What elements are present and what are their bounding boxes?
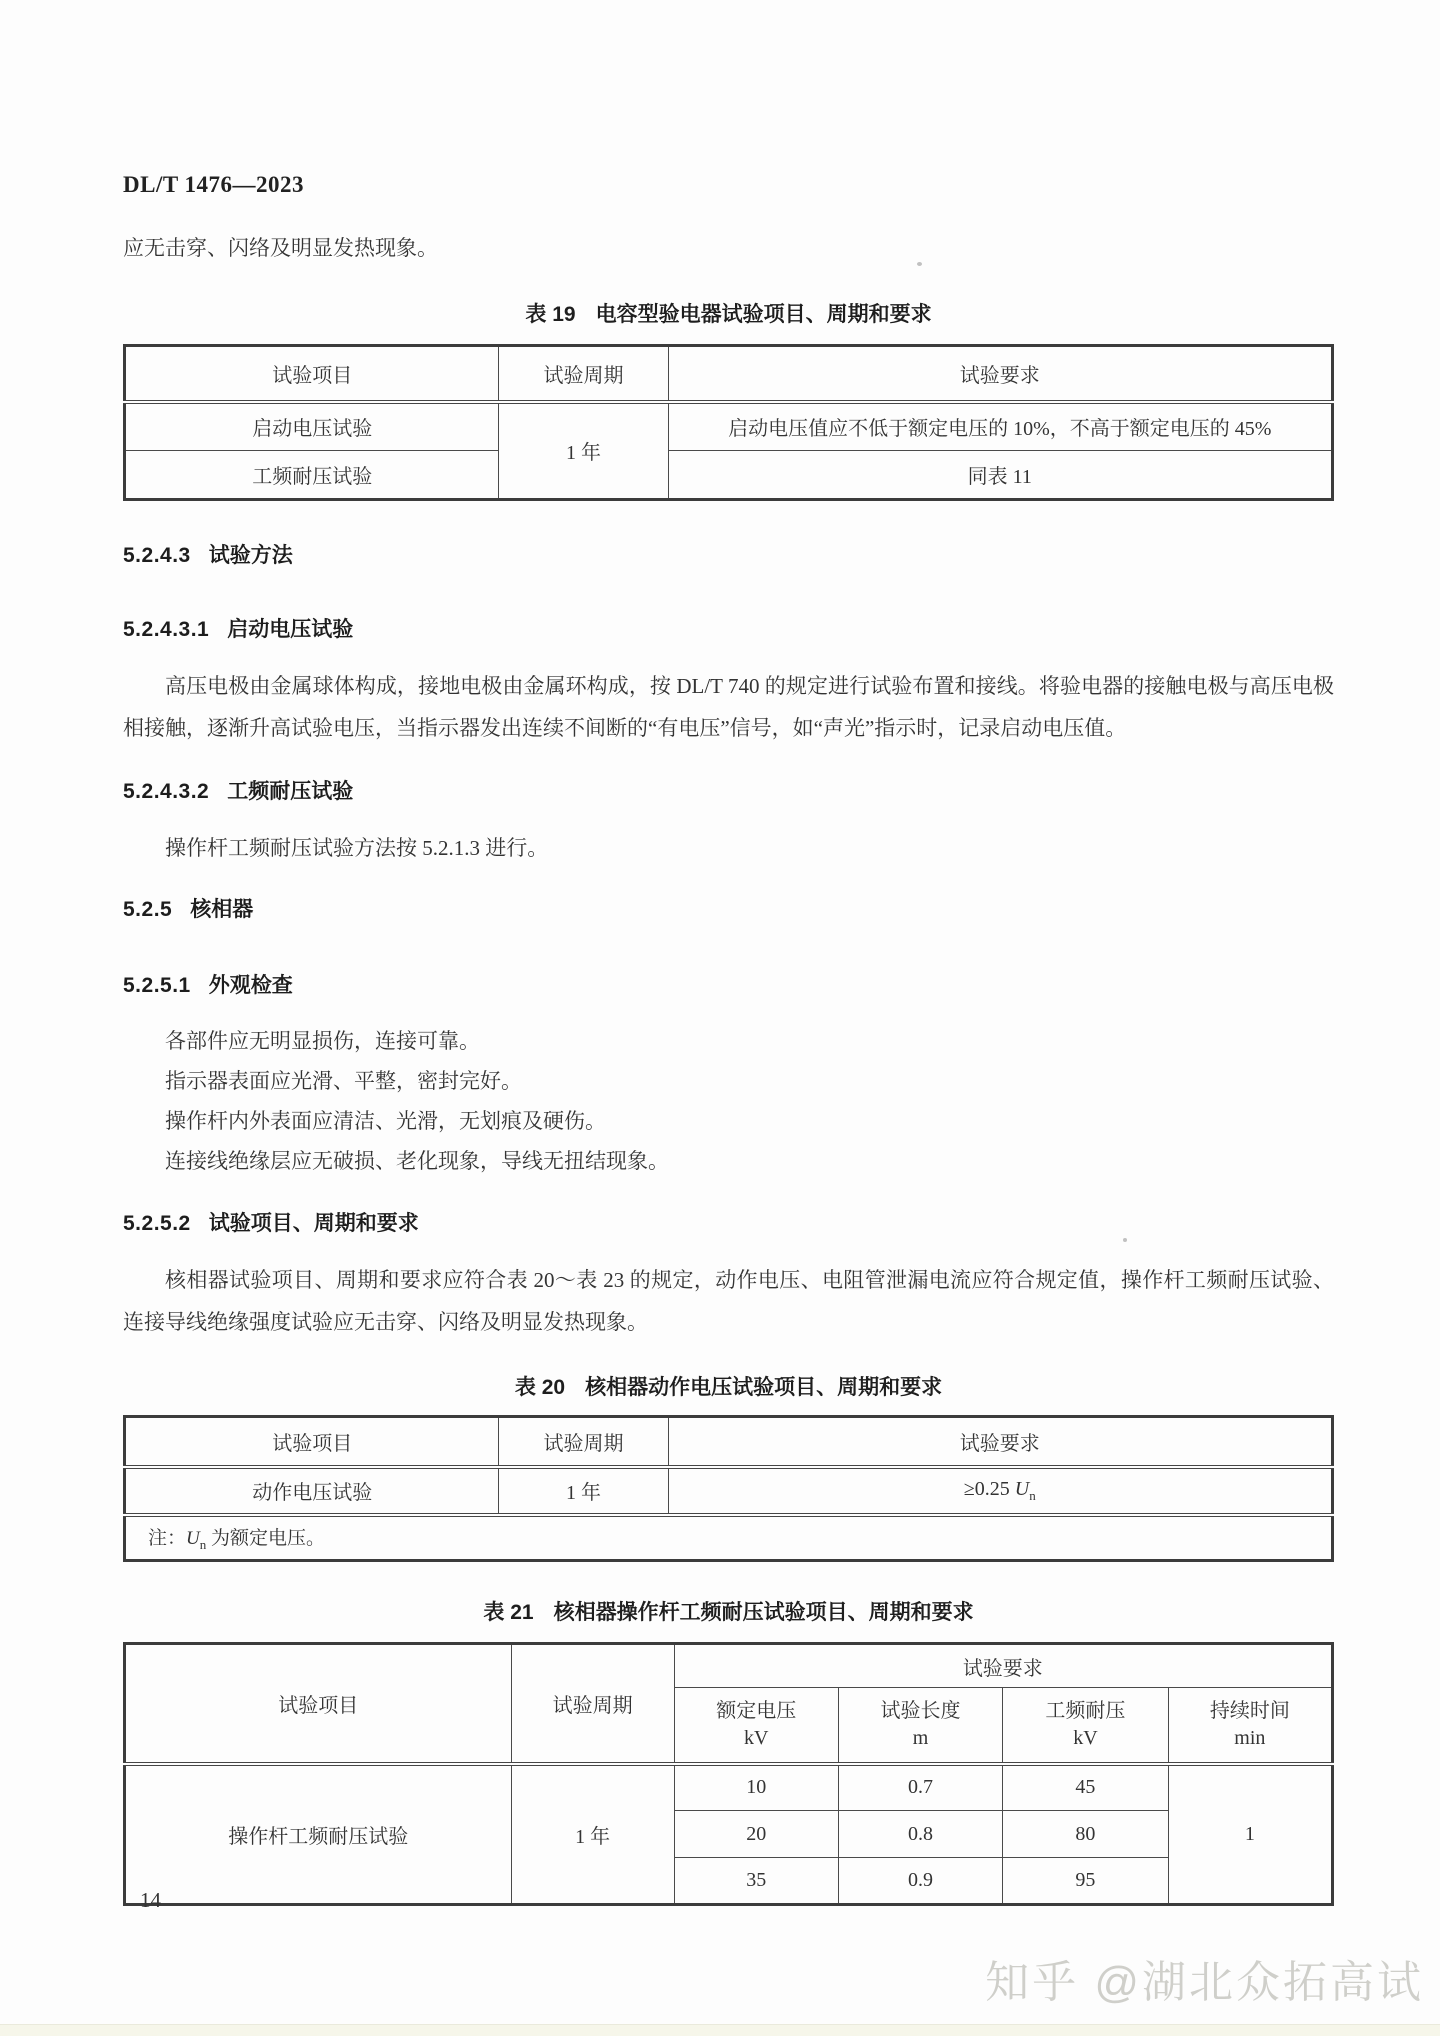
section-525-title: 核相器 (190, 898, 253, 921)
table21-rated-35: 35 (674, 1858, 838, 1905)
table21-subcol-rated-voltage-name: 额定电压 (683, 1698, 830, 1725)
table20-row-action-voltage: 动作电压试验 1 年 ≥0.25 Un (125, 1467, 1333, 1515)
section-52431-title: 启动电压试验 (227, 618, 353, 641)
table21-subcol-duration-unit: min (1177, 1725, 1323, 1752)
section-525: 5.2.5核相器 (123, 893, 1334, 923)
table21-subcol-withstand-voltage-unit: kV (1011, 1725, 1159, 1752)
table21-subcol-withstand-voltage-name: 工频耐压 (1011, 1698, 1159, 1725)
scan-bottom-edge (0, 2024, 1440, 2036)
table21-data-row-1: 操作杆工频耐压试验 1 年 10 0.7 45 1 (125, 1764, 1333, 1811)
table20-req: ≥0.25 Un (668, 1467, 1332, 1515)
table19-req-withstand: 同表 11 (668, 451, 1332, 500)
table20-req-symbol: U (1015, 1478, 1029, 1500)
section-52432: 5.2.4.3.2工频耐压试验 (123, 775, 1334, 805)
table21-subcol-test-length-name: 试验长度 (847, 1698, 994, 1725)
table20: 试验项目 试验周期 试验要求 动作电压试验 1 年 ≥0.25 Un 注：Un … (123, 1415, 1334, 1562)
table21-length-07: 0.7 (838, 1764, 1002, 1811)
table20-item: 动作电压试验 (125, 1467, 499, 1515)
table19-req-startup: 启动电压值应不低于额定电压的 10%，不高于额定电压的 45% (668, 402, 1332, 451)
table21-col-item: 试验项目 (125, 1644, 512, 1764)
table21-rated-20: 20 (674, 1811, 838, 1858)
table21-rated-10: 10 (674, 1764, 838, 1811)
scanned-document-page: DL/T 1476—2023 应无击穿、闪络及明显发热现象。 表 19电容型验电… (0, 0, 1440, 2036)
page-content: DL/T 1476—2023 应无击穿、闪络及明显发热现象。 表 19电容型验电… (0, 0, 1440, 1906)
section-5251-title: 外观检查 (209, 974, 293, 997)
page-number: 14 (140, 1888, 161, 1913)
section-52431-number: 5.2.4.3.1 (123, 618, 209, 641)
table21-subcol-test-length: 试验长度 m (838, 1688, 1002, 1764)
section-5252-title: 试验项目、周期和要求 (209, 1212, 419, 1235)
table20-header-row: 试验项目 试验周期 试验要求 (125, 1417, 1333, 1467)
paragraph-withstand-method: 操作杆工频耐压试验方法按 5.2.1.3 进行。 (123, 827, 1334, 869)
table21-subcol-duration-name: 持续时间 (1177, 1698, 1323, 1725)
table21-length-09: 0.9 (838, 1858, 1002, 1905)
table19-col-item: 试验项目 (125, 346, 499, 402)
section-525-number: 5.2.5 (123, 898, 172, 921)
table21-period: 1 年 (511, 1764, 674, 1905)
section-52431: 5.2.4.3.1启动电压试验 (123, 613, 1334, 643)
paragraph-startup-method: 高压电极由金属球体构成，接地电极由金属环构成，按 DL/T 740 的规定进行试… (123, 665, 1334, 749)
table20-req-value: ≥0.25 (964, 1478, 1015, 1500)
scan-speck (917, 262, 922, 266)
table19-item-withstand: 工频耐压试验 (125, 451, 499, 500)
table19-caption: 表 19电容型验电器试验项目、周期和要求 (123, 298, 1334, 328)
table20-note-symbol: U (186, 1528, 200, 1549)
table19-row-withstand: 工频耐压试验 同表 11 (125, 451, 1333, 500)
table21-subcol-withstand-voltage: 工频耐压 kV (1003, 1688, 1168, 1764)
table20-col-period: 试验周期 (499, 1417, 668, 1467)
check-line-3: 操作杆内外表面应清洁、光滑，无划痕及硬伤。 (123, 1101, 1334, 1141)
table21-withstand-80: 80 (1003, 1811, 1168, 1858)
check-line-4: 连接线绝缘层应无破损、老化现象，导线无扭结现象。 (123, 1141, 1334, 1181)
table20-note: 注：Un 为额定电压。 (125, 1515, 1333, 1561)
table19-header-row: 试验项目 试验周期 试验要求 (125, 346, 1333, 402)
table19-caption-label: 表 19 (525, 303, 575, 326)
table20-note-prefix: 注： (148, 1528, 186, 1549)
table20-caption: 表 20核相器动作电压试验项目、周期和要求 (123, 1371, 1334, 1401)
table21: 试验项目 试验周期 试验要求 额定电压 kV 试验长度 m 工频耐压 (123, 1642, 1334, 1906)
table19: 试验项目 试验周期 试验要求 启动电压试验 1 年 启动电压值应不低于额定电压的… (123, 344, 1334, 501)
table19-col-req: 试验要求 (668, 346, 1332, 402)
section-52432-title: 工频耐压试验 (227, 780, 353, 803)
table21-item: 操作杆工频耐压试验 (125, 1764, 512, 1905)
table20-col-req: 试验要求 (668, 1417, 1332, 1467)
table19-caption-title: 电容型验电器试验项目、周期和要求 (596, 303, 932, 326)
table20-period: 1 年 (499, 1467, 668, 1515)
table21-withstand-95: 95 (1003, 1858, 1168, 1905)
standard-number-header: DL/T 1476—2023 (123, 172, 1334, 198)
check-line-2: 指示器表面应光滑、平整，密封完好。 (123, 1061, 1334, 1101)
section-5252: 5.2.5.2试验项目、周期和要求 (123, 1207, 1334, 1237)
section-5243: 5.2.4.3试验方法 (123, 539, 1334, 569)
table19-col-period: 试验周期 (499, 346, 668, 402)
table19-item-startup: 启动电压试验 (125, 402, 499, 451)
table21-caption-label: 表 21 (483, 1601, 533, 1624)
section-5251: 5.2.5.1外观检查 (123, 969, 1334, 999)
watermark-text: 知乎 @湖北众拓高试 (985, 1946, 1424, 2010)
scan-speck (1123, 1238, 1127, 1242)
table21-duration-value: 1 (1168, 1764, 1332, 1905)
section-52432-number: 5.2.4.3.2 (123, 780, 209, 803)
table20-caption-title: 核相器动作电压试验项目、周期和要求 (585, 1376, 942, 1399)
table21-withstand-45: 45 (1003, 1764, 1168, 1811)
table21-length-08: 0.8 (838, 1811, 1002, 1858)
section-5243-number: 5.2.4.3 (123, 544, 191, 567)
continuation-text: 应无击穿、闪络及明显发热现象。 (123, 232, 1334, 262)
table19-period-merged: 1 年 (499, 402, 668, 500)
table20-req-sub: n (1029, 1488, 1036, 1503)
table21-col-period: 试验周期 (511, 1644, 674, 1764)
appearance-check-list: 各部件应无明显损伤，连接可靠。 指示器表面应光滑、平整，密封完好。 操作杆内外表… (123, 1021, 1334, 1181)
table21-subcol-test-length-unit: m (847, 1725, 994, 1752)
section-5243-title: 试验方法 (209, 544, 293, 567)
table21-col-req: 试验要求 (674, 1644, 1332, 1688)
table20-caption-label: 表 20 (515, 1376, 565, 1399)
table21-subcol-duration: 持续时间 min (1168, 1688, 1332, 1764)
table21-header-row1: 试验项目 试验周期 试验要求 (125, 1644, 1333, 1688)
table20-note-suffix: 为额定电压。 (206, 1528, 325, 1549)
table20-col-item: 试验项目 (125, 1417, 499, 1467)
check-line-1: 各部件应无明显损伤，连接可靠。 (123, 1021, 1334, 1061)
table20-note-row: 注：Un 为额定电压。 (125, 1515, 1333, 1561)
table21-caption: 表 21核相器操作杆工频耐压试验项目、周期和要求 (123, 1596, 1334, 1626)
table21-subcol-rated-voltage-unit: kV (683, 1725, 830, 1752)
section-5251-number: 5.2.5.1 (123, 974, 191, 997)
table21-subcol-rated-voltage: 额定电压 kV (674, 1688, 838, 1764)
table19-row-startup: 启动电压试验 1 年 启动电压值应不低于额定电压的 10%，不高于额定电压的 4… (125, 402, 1333, 451)
paragraph-phasing-requirements: 核相器试验项目、周期和要求应符合表 20～表 23 的规定，动作电压、电阻管泄漏… (123, 1259, 1334, 1343)
table21-caption-title: 核相器操作杆工频耐压试验项目、周期和要求 (554, 1601, 974, 1624)
section-5252-number: 5.2.5.2 (123, 1212, 191, 1235)
